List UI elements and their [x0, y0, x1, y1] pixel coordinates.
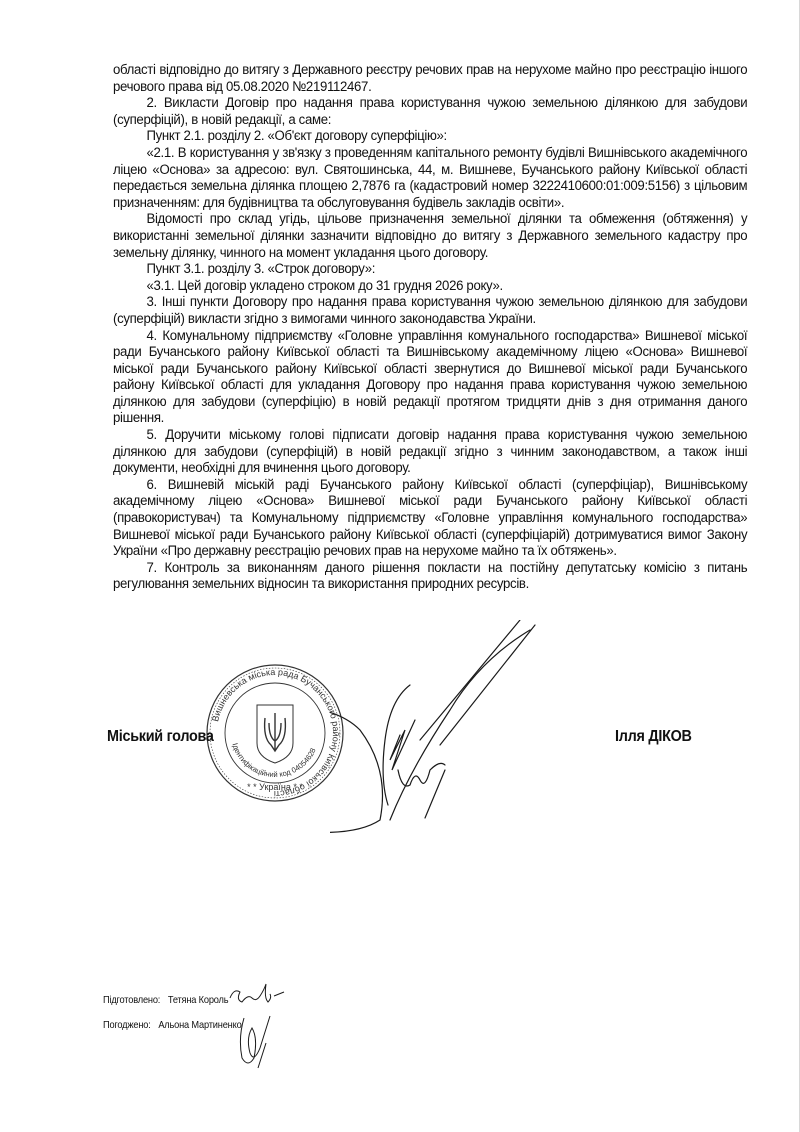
- signatory-title: Міський голова: [107, 728, 214, 746]
- signatory-name: Ілля ДІКОВ: [615, 728, 692, 746]
- paragraph-punkt-2-1-text: «2.1. В користування у зв'язку з проведе…: [113, 145, 747, 211]
- paragraph-punkt-3-1-heading: Пункт 3.1. розділу 3. «Строк договору»:: [113, 261, 747, 278]
- prepared-by-line: Підготовлено: Тетяна Король: [103, 994, 228, 1006]
- paragraph-punkt-2-1-heading: Пункт 2.1. розділу 2. «Об'єкт договору с…: [113, 128, 747, 145]
- paragraph-item-3: 3. Інші пункти Договору про надання прав…: [113, 294, 747, 327]
- paragraph-item-7: 7. Контроль за виконанням даного рішення…: [113, 560, 747, 593]
- paragraph-item-2: 2. Викласти Договір про надання права ко…: [113, 95, 747, 128]
- paragraph-item-4: 4. Комунальному підприємству «Головне уп…: [113, 328, 747, 428]
- agreed-label: Погоджено:: [103, 1019, 151, 1031]
- prepared-label: Підготовлено:: [103, 994, 160, 1006]
- agreed-signature-icon: [236, 1008, 276, 1078]
- paragraph-punkt-3-1-text: «3.1. Цей договір укладено строком до 31…: [113, 278, 747, 295]
- paragraph-item-6: 6. Вишневій міській раді Бучанського рай…: [113, 477, 747, 560]
- paragraph-continuation: області відповідно до витягу з Державног…: [113, 62, 747, 95]
- handwritten-signature-icon: [330, 620, 560, 850]
- prepared-signature-icon: [226, 980, 286, 1010]
- agreed-name: Альона Мартиненко: [158, 1019, 241, 1031]
- document-page: області відповідно до витягу з Державног…: [0, 0, 800, 1132]
- document-body: області відповідно до витягу з Державног…: [113, 62, 703, 593]
- agreed-by-line: Погоджено: Альона Мартиненко: [103, 1019, 242, 1031]
- paragraph-item-5: 5. Доручити міському голові підписати до…: [113, 427, 747, 477]
- prepared-name: Тетяна Король: [168, 994, 229, 1006]
- paragraph-land-info: Відомості про склад угідь, цільове призн…: [113, 211, 747, 261]
- svg-text:* * Україна * *: * * Україна * *: [247, 782, 303, 792]
